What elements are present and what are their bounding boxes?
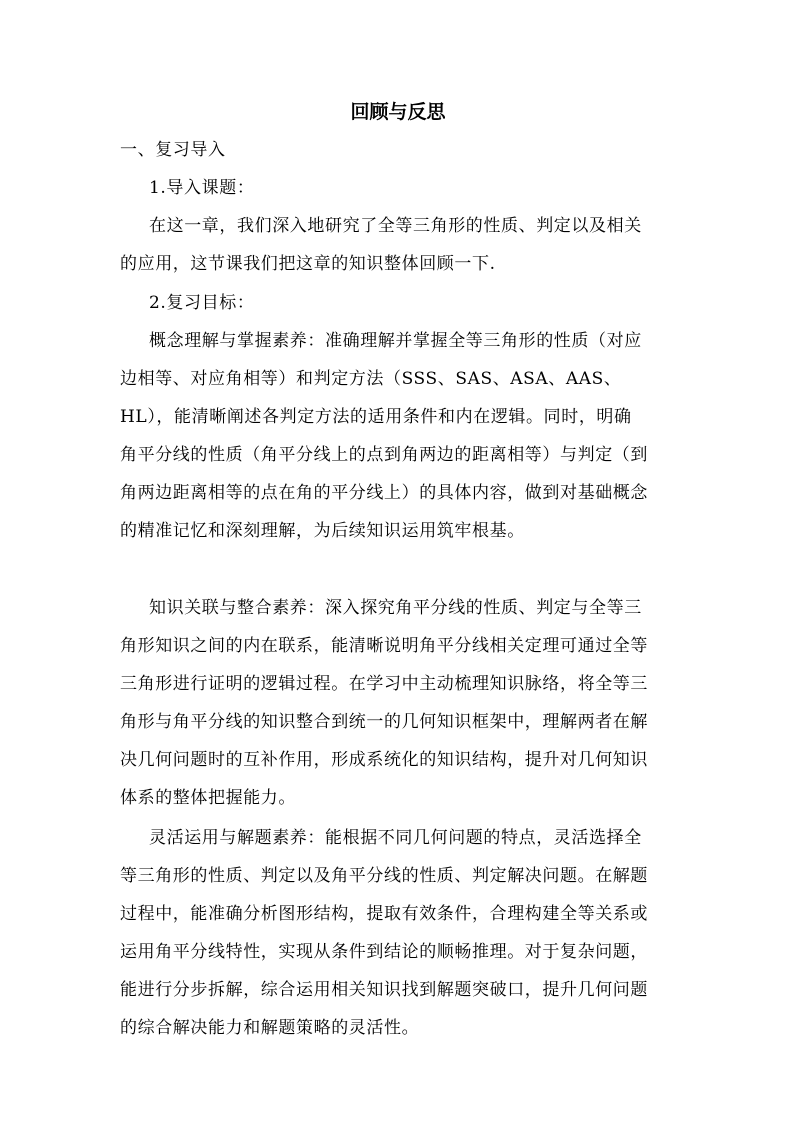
paragraph-line: 灵活运用与解题素养：能根据不同几何问题的特点，灵活选择全 <box>149 826 642 850</box>
paragraph-line: 角形知识之间的内在联系，能清晰说明角平分线相关定理可通过全等 <box>120 634 648 658</box>
paragraph-line: 决几何问题时的互补作用，形成系统化的知识结构，提升对几何知识 <box>120 748 648 772</box>
section-heading: 一、复习导入 <box>120 138 226 162</box>
document-title: 回顾与反思 <box>120 98 676 126</box>
paragraph-line: 知识关联与整合素养：深入探究角平分线的性质、判定与全等三 <box>149 596 642 620</box>
paragraph-line: 能进行分步拆解，综合运用相关知识找到解题突破口，提升几何问题 <box>120 978 648 1002</box>
item-label-2: 2.复习目标： <box>149 291 254 315</box>
paragraph-line: 等三角形的性质、判定以及角平分线的性质、判定解决问题。在解题 <box>120 864 648 888</box>
paragraph-line: 过程中，能准确分析图形结构，提取有效条件，合理构建全等关系或 <box>120 902 648 926</box>
paragraph-line: 体系的整体把握能力。 <box>120 786 296 810</box>
paragraph-line: 的应用，这节课我们把这章的知识整体回顾一下. <box>120 252 496 276</box>
paragraph-line: 边相等、对应角相等）和判定方法（SSS、SAS、ASA、AAS、 <box>120 367 622 391</box>
item-label-1: 1.导入课题： <box>149 176 254 200</box>
paragraph-line: 运用角平分线特性，实现从条件到结论的顺畅推理。对于复杂问题， <box>120 940 648 964</box>
paragraph-line: 的综合解决能力和解题策略的灵活性。 <box>120 1016 419 1040</box>
paragraph-line: 在这一章，我们深入地研究了全等三角形的性质、判定以及相关 <box>149 214 642 238</box>
paragraph-line: 角两边距离相等的点在角的平分线上）的具体内容，做到对基础概念 <box>120 481 648 505</box>
paragraph-line: 角形与角平分线的知识整合到统一的几何知识框架中，理解两者在解 <box>120 710 648 734</box>
paragraph-line: 的精准记忆和深刻理解，为后续知识运用筑牢根基。 <box>120 519 525 543</box>
paragraph-line: 三角形进行证明的逻辑过程。在学习中主动梳理知识脉络，将全等三 <box>120 672 648 696</box>
paragraph-line: 概念理解与掌握素养：准确理解并掌握全等三角形的性质（对应 <box>149 329 642 353</box>
paragraph-line: 角平分线的性质（角平分线上的点到角两边的距离相等）与判定（到 <box>120 443 648 467</box>
paragraph-line: HL），能清晰阐述各判定方法的适用条件和内在逻辑。同时，明确 <box>120 405 632 429</box>
